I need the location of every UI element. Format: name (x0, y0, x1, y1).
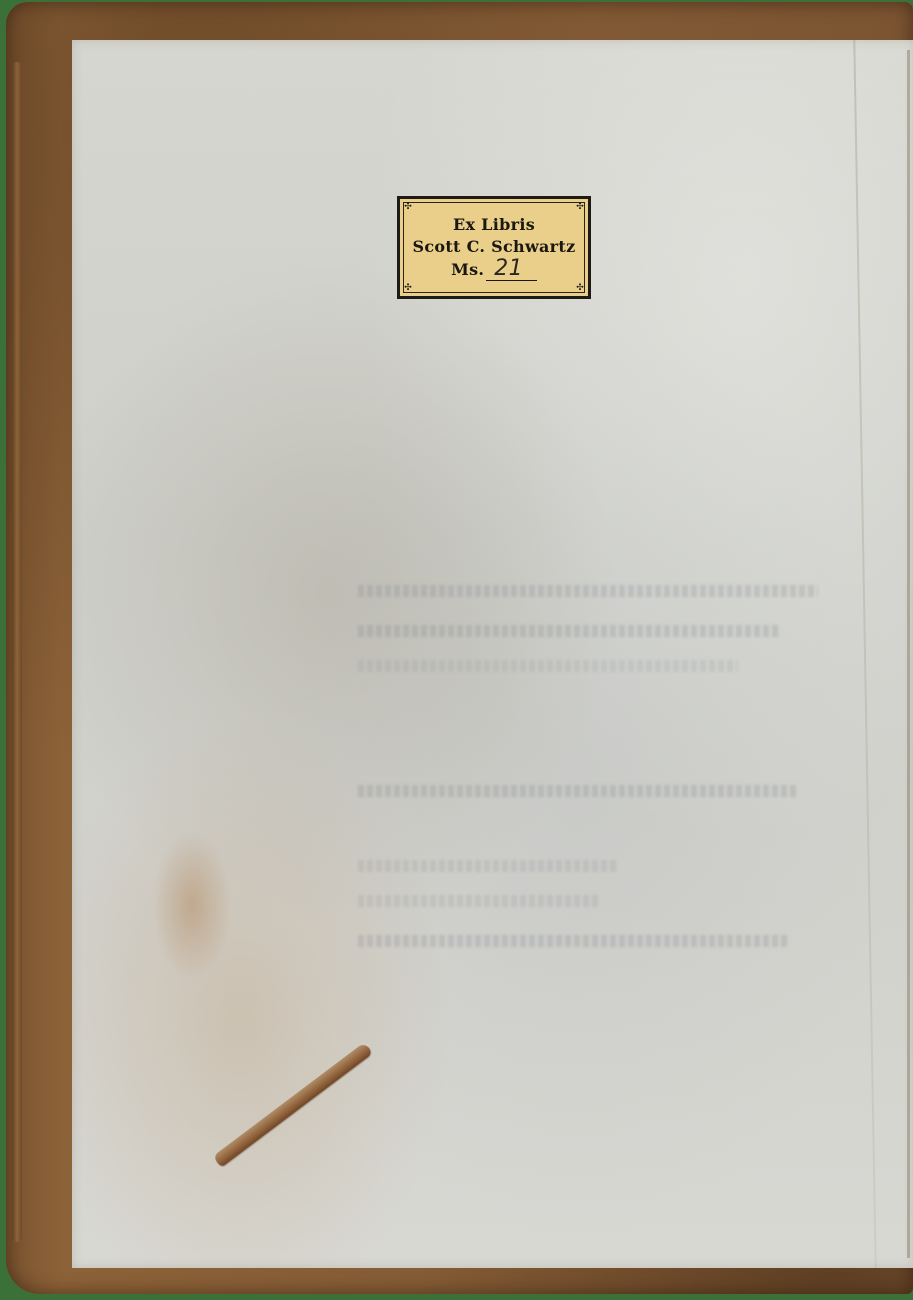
leather-turn-in (12, 62, 22, 1242)
corner-ornament-icon: ✣ (404, 284, 412, 292)
bookplate-ex-libris: Ex Libris (453, 214, 535, 236)
corner-ornament-icon: ✣ (576, 203, 584, 211)
bookplate: ✣ ✣ ✣ ✣ Ex Libris Scott C. Schwartz Ms. … (397, 196, 591, 299)
show-through-line (358, 585, 818, 597)
show-through-line (358, 935, 788, 947)
bookplate-ms-number: 21 (486, 258, 537, 281)
show-through-line (358, 625, 778, 637)
bookplate-ms-row: Ms. 21 (451, 258, 537, 281)
show-through-line (358, 895, 598, 907)
water-stain (152, 830, 232, 980)
paper-fold-line (853, 40, 876, 1268)
corner-ornament-icon: ✣ (404, 203, 412, 211)
show-through-line (358, 660, 738, 672)
bookplate-owner-name: Scott C. Schwartz (413, 236, 576, 258)
book-binding: ✣ ✣ ✣ ✣ Ex Libris Scott C. Schwartz Ms. … (6, 2, 913, 1294)
bookplate-ms-label: Ms. (451, 259, 484, 281)
fore-edge (907, 50, 910, 1258)
corner-ornament-icon: ✣ (576, 284, 584, 292)
show-through-line (358, 860, 618, 872)
brown-streak-stain (213, 1042, 373, 1168)
show-through-line (358, 785, 798, 797)
